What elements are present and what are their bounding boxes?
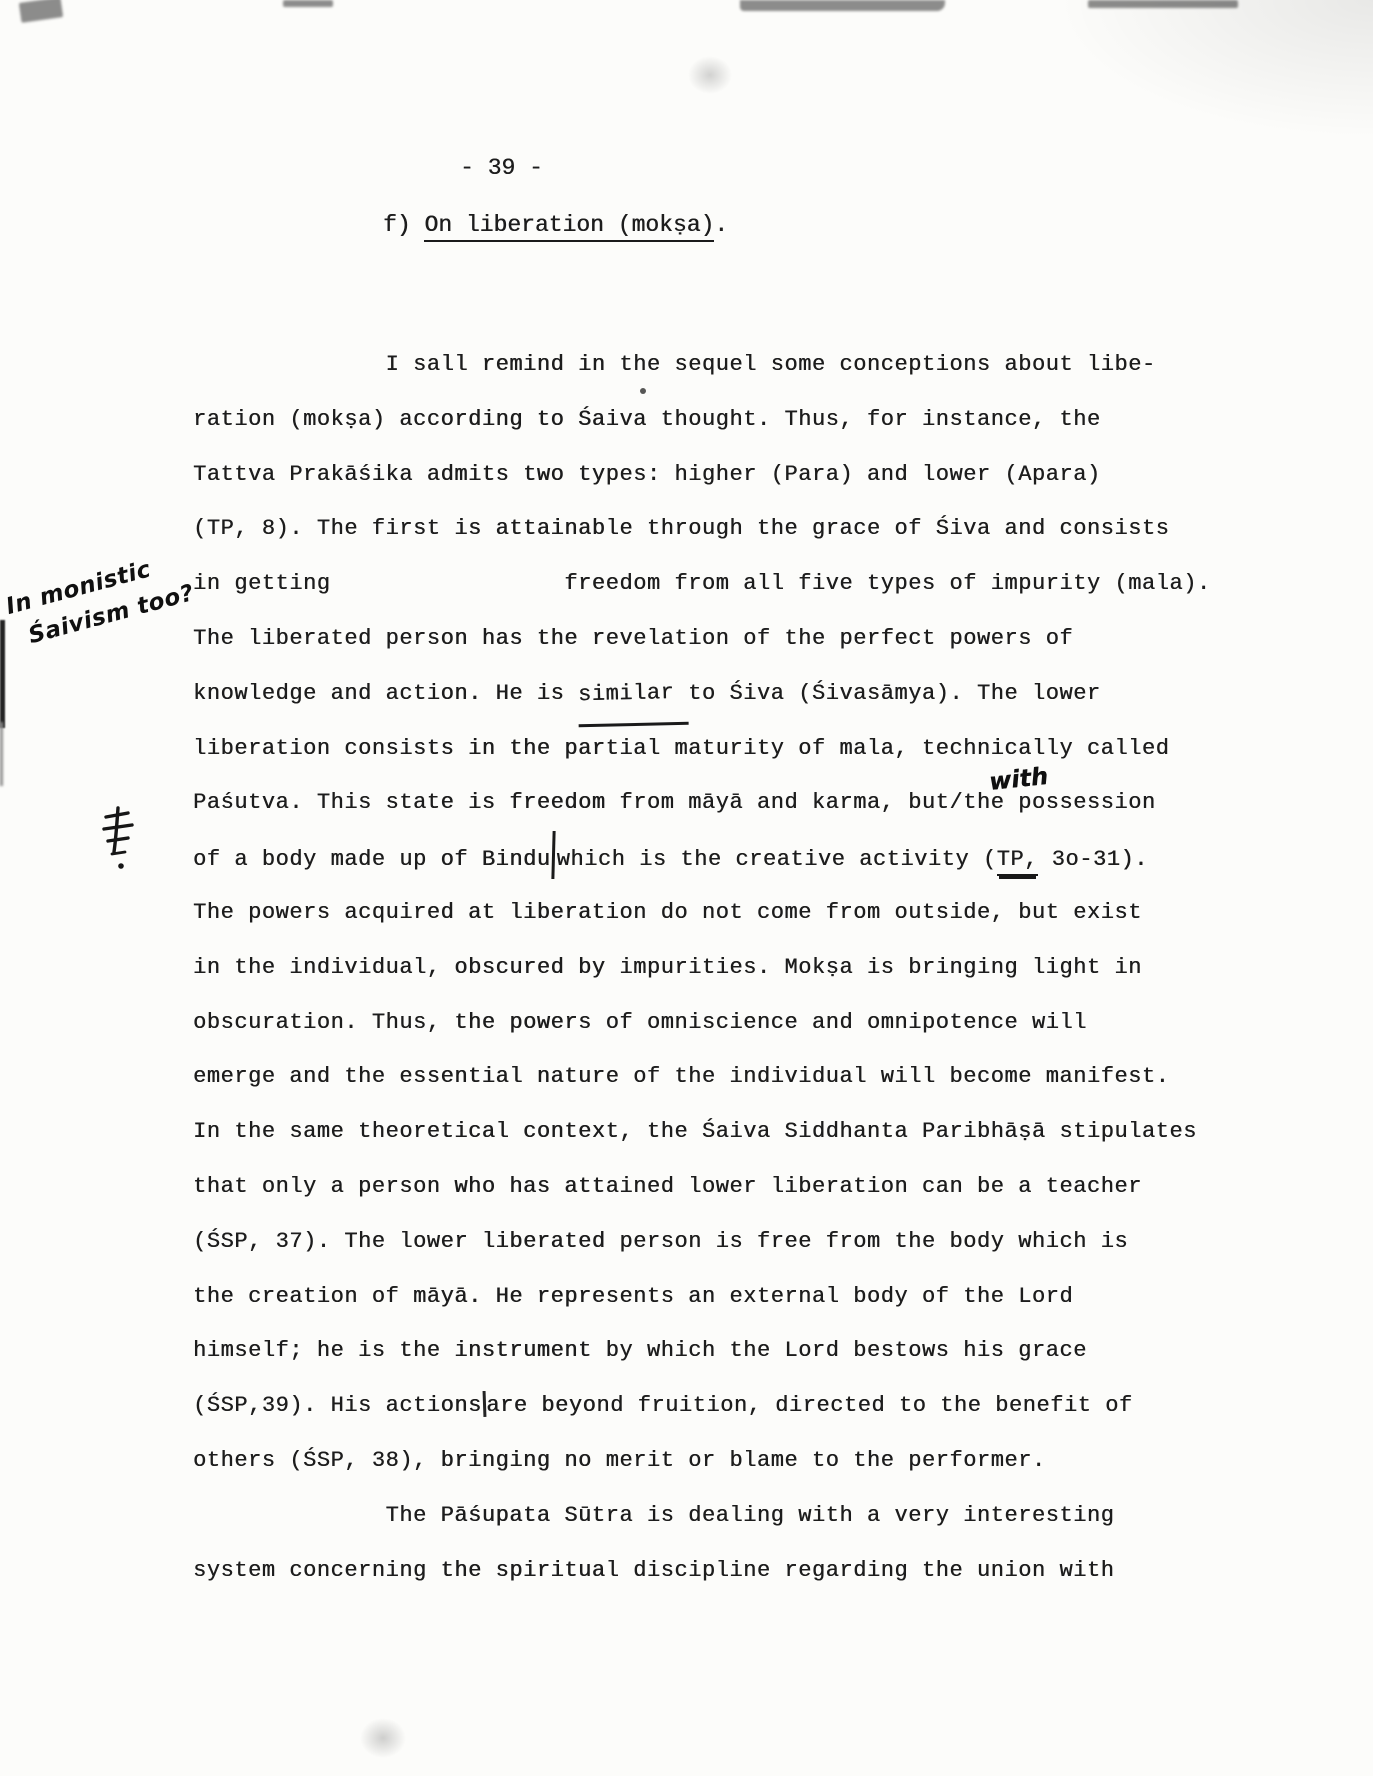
typed-line: knowledge and action. He is similar to Ś… bbox=[193, 667, 1253, 722]
paper-texture bbox=[1053, 0, 1373, 140]
typed-text: (TP, 8). The first is attainable through… bbox=[193, 516, 1169, 541]
scan-artifact bbox=[19, 0, 63, 23]
typed-line: In the same theoretical context, the Śai… bbox=[193, 1105, 1253, 1160]
typed-line: Paśutva. This state is freedom from māyā… bbox=[193, 776, 1253, 831]
typed-text: in getting freedom from all five types o… bbox=[193, 571, 1211, 596]
typed-text: similar bbox=[577, 666, 689, 727]
heading-title: On liberation (mokṣa) bbox=[424, 212, 714, 242]
typed-line: The powers acquired at liberation do not… bbox=[193, 886, 1253, 941]
typed-line: others (ŚSP, 38), bringing no merit or b… bbox=[193, 1434, 1253, 1489]
scan-artifact bbox=[740, 0, 945, 11]
typed-text: The liberated person has the revelation … bbox=[193, 626, 1073, 651]
typed-text: are beyond fruition, directed to the ben… bbox=[486, 1393, 1132, 1418]
typed-text: to Śiva (Śivasāmya). The lower bbox=[674, 681, 1100, 706]
typed-text: Tattva Prakāśika admits two types: highe… bbox=[193, 462, 1101, 487]
typed-text: (ŚSP,39). His actions bbox=[193, 1393, 482, 1418]
typed-line: (TP, 8). The first is attainable through… bbox=[193, 502, 1253, 557]
typed-line: emerge and the essential nature of the i… bbox=[193, 1050, 1253, 1105]
typed-text: the creation of māyā. He represents an e… bbox=[193, 1284, 1073, 1309]
handwritten-insertion: with bbox=[986, 749, 1050, 810]
scan-edge-line bbox=[0, 722, 3, 786]
typed-text: The powers acquired at liberation do not… bbox=[193, 900, 1142, 925]
typed-text: The Pāśupata Sūtra is dealing with a ver… bbox=[193, 1503, 1114, 1528]
typed-text: in the individual, obscured by impuritie… bbox=[193, 955, 1142, 980]
typed-line: (ŚSP, 37). The lower liberated person is… bbox=[193, 1215, 1253, 1270]
scan-edge-line bbox=[0, 620, 5, 728]
typed-line: in the individual, obscured by impuritie… bbox=[193, 941, 1253, 996]
typed-text: 3o-31). bbox=[1038, 847, 1148, 872]
typed-line: (ŚSP,39). His actionsare beyond fruition… bbox=[193, 1379, 1253, 1434]
typed-line: I sall remind in the sequel some concept… bbox=[193, 338, 1253, 393]
typed-text: himself; he is the instrument by which t… bbox=[193, 1338, 1087, 1363]
typed-text: Paśutva. This state is freedom from māyā… bbox=[193, 790, 963, 815]
typed-text: ration (mokṣa) according to Śaiva though… bbox=[193, 407, 1101, 432]
margin-scribble-icon bbox=[98, 804, 142, 880]
section-heading: f) On liberation (mokṣa). bbox=[383, 212, 728, 238]
typed-text: emerge and the essential nature of the i… bbox=[193, 1064, 1169, 1089]
typed-text: which is the creative activity ( bbox=[557, 847, 997, 872]
typed-text: others (ŚSP, 38), bringing no merit or b… bbox=[193, 1448, 1046, 1473]
typed-text: TP, bbox=[997, 847, 1038, 876]
typed-text: obscuration. Thus, the powers of omnisci… bbox=[193, 1010, 1087, 1035]
body-lines: I sall remind in the sequel some concept… bbox=[193, 338, 1253, 1598]
heading-period: . bbox=[714, 212, 728, 238]
typed-text: In the same theoretical context, the Śai… bbox=[193, 1119, 1197, 1144]
typed-text: that only a person who has attained lowe… bbox=[193, 1174, 1142, 1199]
typed-line: of a body made up of Binduwhich is the c… bbox=[193, 831, 1253, 886]
typed-line: the creation of māyā. He represents an e… bbox=[193, 1270, 1253, 1325]
typed-line: Tattva Prakāśika admits two types: highe… bbox=[193, 448, 1253, 503]
typed-text: knowledge and action. He is bbox=[193, 681, 578, 706]
scan-smudge bbox=[360, 1718, 406, 1758]
typed-text: I sall remind in the sequel some concept… bbox=[193, 352, 1156, 377]
typed-line: that only a person who has attained lowe… bbox=[193, 1160, 1253, 1215]
typed-line: himself; he is the instrument by which t… bbox=[193, 1324, 1253, 1379]
document-page: - 39 - f) On liberation (mokṣa). In moni… bbox=[0, 0, 1373, 1776]
typed-text: the possessionwith bbox=[963, 790, 1156, 815]
typed-line: liberation consists in the partial matur… bbox=[193, 722, 1253, 777]
scan-smudge bbox=[688, 56, 732, 94]
typed-text: system concerning the spiritual discipli… bbox=[193, 1558, 1114, 1583]
typed-text: (ŚSP, 37). The lower liberated person is… bbox=[193, 1229, 1128, 1254]
typed-line: obscuration. Thus, the powers of omnisci… bbox=[193, 996, 1253, 1051]
typed-line: The Pāśupata Sūtra is dealing with a ver… bbox=[193, 1489, 1253, 1544]
typed-line: system concerning the spiritual discipli… bbox=[193, 1544, 1253, 1599]
page-number: - 39 - bbox=[460, 155, 543, 181]
pen-stroke-mark bbox=[551, 831, 555, 879]
heading-prefix: f) bbox=[383, 212, 424, 238]
margin-annotation: In monistic Śaivism too? bbox=[2, 543, 198, 656]
typed-line: The liberated person has the revelation … bbox=[193, 612, 1253, 667]
typed-line: in getting freedom from all five types o… bbox=[193, 557, 1253, 612]
scan-artifact bbox=[283, 0, 333, 7]
typed-line: ration (mokṣa) according to Śaiva though… bbox=[193, 393, 1253, 448]
typed-text: of a body made up of Bindu bbox=[193, 847, 551, 872]
